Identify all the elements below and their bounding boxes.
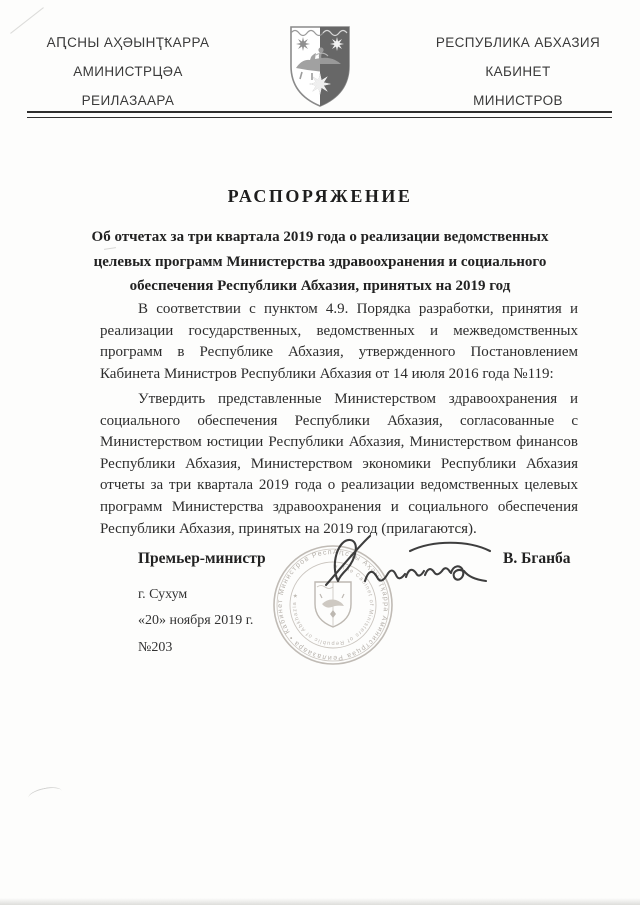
header-left-abkhaz: АԤСНЫ АҲӘЫНҬҞАРРА АМИНИСТРЦӘА РЕИЛАЗААРА [28, 28, 228, 115]
scan-scratch-bottom-left [27, 785, 63, 805]
signature-handwriting-icon [318, 531, 500, 593]
signatory-post: Премьер-министр [138, 550, 266, 568]
document-number: №203 [138, 640, 172, 656]
header-left-line-1: АԤСНЫ АҲӘЫНҬҞАРРА [28, 28, 228, 57]
abkhazia-coat-of-arms-icon [286, 24, 354, 110]
header-right-line-2: КАБИНЕТ [418, 57, 618, 86]
document-subject: Об отчетах за три квартала 2019 года о р… [82, 225, 558, 299]
document-place: г. Сухум [138, 587, 187, 603]
scanned-document-page: АԤСНЫ АҲӘЫНҬҞАРРА АМИНИСТРЦӘА РЕИЛАЗААРА… [0, 0, 640, 905]
header-right-line-1: РЕСПУБЛИКА АБХАЗИЯ [418, 28, 618, 57]
document-title: РАСПОРЯЖЕНИЕ [0, 186, 640, 207]
body-paragraph-2: Утвердить представленные Министерством з… [100, 389, 578, 540]
scan-bottom-edge-shadow [0, 898, 640, 905]
header-divider-double-rule [27, 111, 612, 118]
header-left-line-2: АМИНИСТРЦӘА [28, 57, 228, 86]
signatory-name: В. Бганба [503, 550, 571, 568]
body-paragraph-1: В соответствии с пунктом 4.9. Порядка ра… [100, 299, 578, 385]
document-date: «20» ноября 2019 г. [138, 613, 253, 629]
header-right-russian: РЕСПУБЛИКА АБХАЗИЯ КАБИНЕТ МИНИСТРОВ [418, 28, 618, 115]
